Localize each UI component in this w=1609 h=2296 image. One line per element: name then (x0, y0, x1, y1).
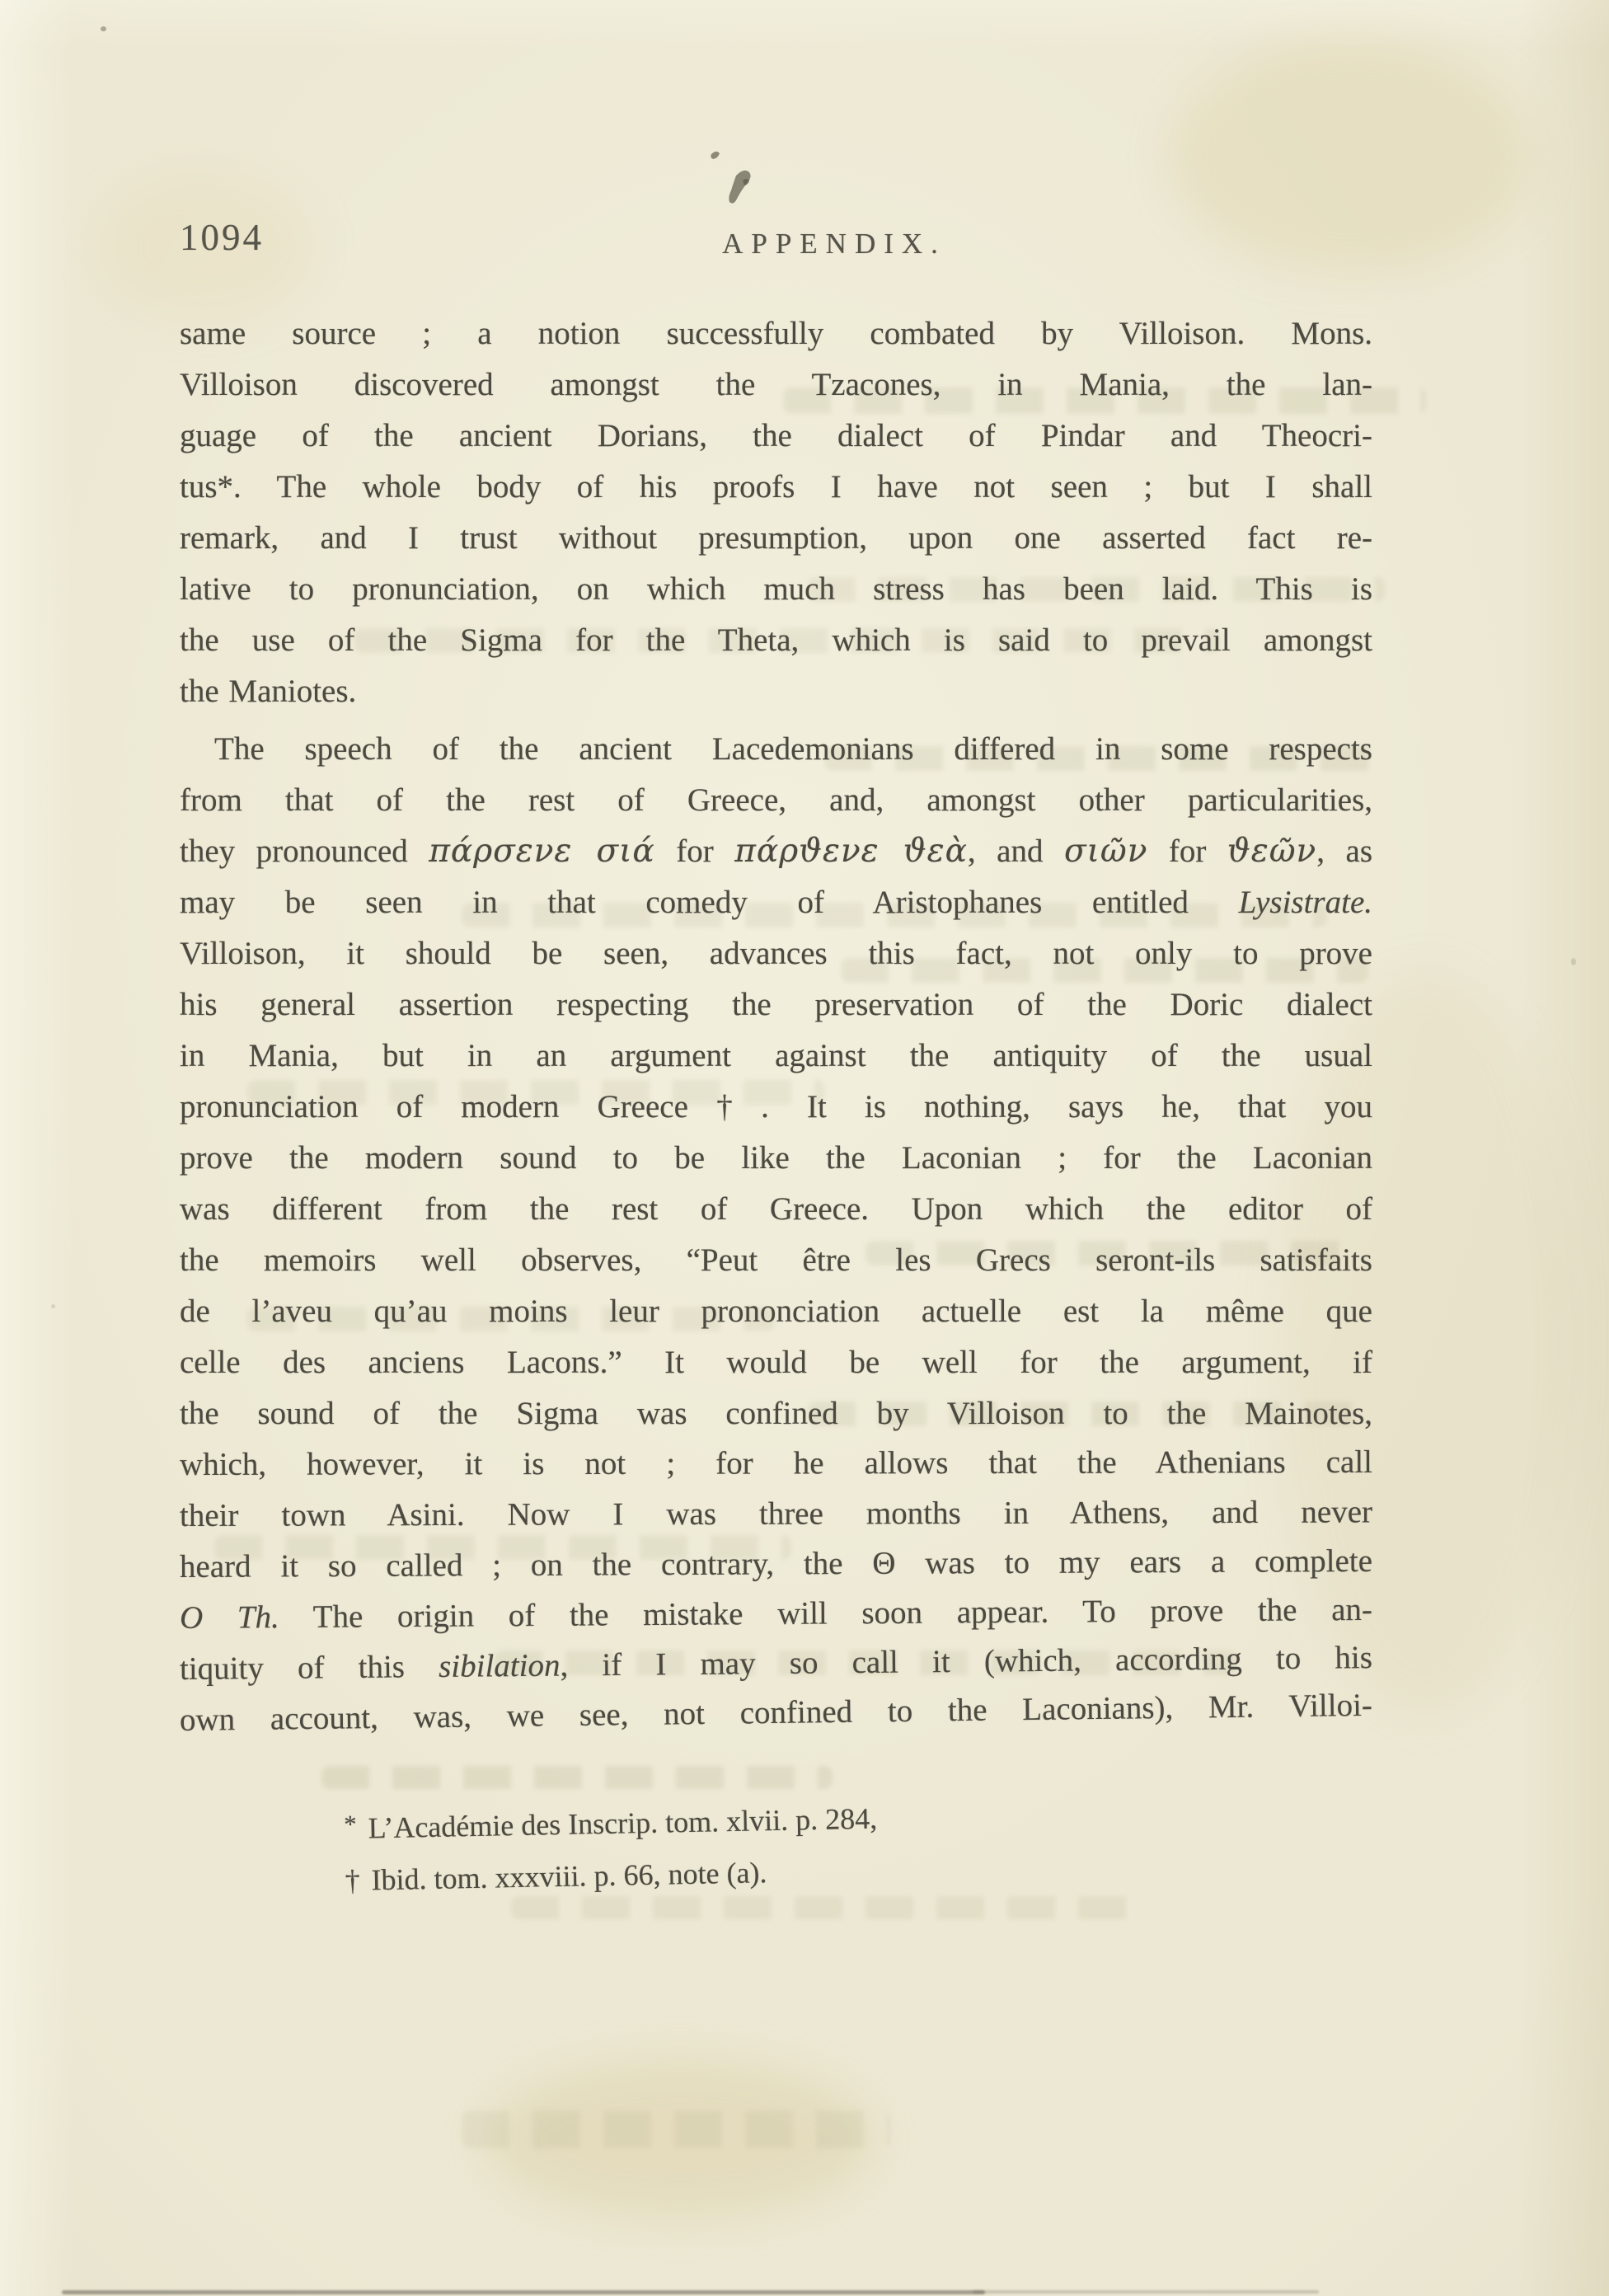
ink-smudge (688, 144, 779, 214)
text-run: from that of the rest of Greece, and, am… (180, 782, 1372, 818)
text-line: prove the modern sound to be like the La… (180, 1133, 1372, 1184)
text-run: de l’aveu qu’au moins leur prononciation… (180, 1294, 1372, 1329)
italic-text: Lysistrate. (1239, 885, 1372, 920)
text-run: , as (1316, 833, 1372, 869)
footnote-text: L’Académie des Inscrip. tom. xlvii. p. 2… (368, 1802, 877, 1845)
paper-fleck (51, 1304, 55, 1308)
text-run: own account, was, we see, not confined t… (180, 1688, 1372, 1738)
greek-text: ϑεῶν (1227, 833, 1316, 870)
text-run: pronunciation of modern Greece†. It is n… (180, 1089, 1372, 1125)
paragraph: The speech of the ancient Lacedemonians … (180, 724, 1372, 1746)
page-bottom-edge (62, 2290, 985, 2294)
text-line: same source ; a notion successfully comb… (180, 308, 1372, 359)
text-run: the Maniotes. (180, 674, 356, 709)
greek-text: πάρσενε σιά (429, 833, 655, 870)
paragraph: same source ; a notion successfully comb… (180, 308, 1372, 717)
text-run: the use of the Sigma for the Theta, whic… (180, 622, 1372, 658)
text-run: , if I may so call it (which, according … (560, 1640, 1372, 1683)
text-line: Villoison, it should be seen, advances t… (180, 928, 1372, 979)
text-run: the memoirs well observes, “Peut être le… (180, 1242, 1372, 1278)
footnotes: *L’Académie des Inscrip. tom. xlvii. p. … (344, 1790, 1087, 1906)
paper-stain (486, 2061, 874, 2218)
text-run: prove the modern sound to be like the La… (180, 1140, 1372, 1176)
text-run: same source ; a notion successfully comb… (180, 316, 1372, 351)
text-line: de l’aveu qu’au moins leur prononciation… (180, 1286, 1372, 1337)
paper-fleck (101, 26, 106, 31)
text-line: their town Asini. Now I was three months… (180, 1486, 1372, 1542)
text-run: tiquity of this (180, 1649, 439, 1687)
page-bottom-edge (973, 2290, 1319, 2294)
text-run: was different from the rest of Greece. U… (180, 1191, 1372, 1227)
paper-fleck (1571, 958, 1576, 965)
text-line: lative to pronunciation, on which much s… (180, 564, 1372, 615)
text-run: which, however, it is not ; for he allow… (180, 1444, 1372, 1482)
text-run: their town Asini. Now I was three months… (180, 1494, 1372, 1533)
text-run: for (655, 833, 735, 869)
text-line: the use of the Sigma for the Theta, whic… (180, 615, 1372, 666)
show-through-ghost (321, 1766, 833, 1789)
text-run: his general assertion respecting the pre… (180, 987, 1372, 1022)
text-line: The speech of the ancient Lacedemonians … (180, 724, 1372, 775)
show-through-ghost (462, 2111, 890, 2148)
text-run: may be seen in that comedy of Aristophan… (180, 885, 1239, 920)
text-line: guage of the ancient Dorians, the dialec… (180, 411, 1372, 462)
text-run: The origin of the mistake will soon appe… (279, 1592, 1373, 1635)
text-line: his general assertion respecting the pre… (180, 979, 1372, 1031)
text-run: in Mania, but in an argument against the… (180, 1038, 1372, 1073)
body-text: same source ; a notion successfully comb… (180, 308, 1372, 1746)
text-run: Villoison discovered amongst the Tzacone… (180, 367, 1372, 402)
text-line: they pronounced πάρσενε σιά for πάρϑενε … (180, 826, 1372, 877)
text-run: celle des anciens Lacons.” It would be w… (180, 1345, 1372, 1380)
text-line: tus*. The whole body of his proofs I hav… (180, 462, 1372, 513)
text-line: from that of the rest of Greece, and, am… (180, 775, 1372, 826)
text-run: tus*. The whole body of his proofs I hav… (180, 469, 1372, 505)
footnote-text: Ibid. tom. xxxviii. p. 66, note (a). (371, 1856, 767, 1896)
text-line: remark, and I trust without presumption,… (180, 513, 1372, 564)
text-run: for (1147, 833, 1227, 869)
text-run: heard it so called ; on the contrary, th… (180, 1543, 1372, 1585)
text-line: pronunciation of modern Greece†. It is n… (180, 1082, 1372, 1133)
text-run: The speech of the ancient Lacedemonians … (214, 731, 1372, 767)
text-run: they pronounced (180, 833, 429, 869)
text-line: may be seen in that comedy of Aristophan… (180, 877, 1372, 928)
text-line: celle des anciens Lacons.” It would be w… (180, 1337, 1372, 1388)
footnote-marker: * (344, 1800, 357, 1850)
page-number: 1094 (180, 216, 264, 259)
running-head: APPENDIX. (722, 228, 946, 261)
greek-text: πάρϑενε ϑεὰ (734, 833, 968, 870)
text-line: Villoison discovered amongst the Tzacone… (180, 359, 1372, 411)
text-line: was different from the rest of Greece. U… (180, 1184, 1372, 1235)
text-line: which, however, it is not ; for he allow… (180, 1437, 1372, 1491)
italic-text: sibilation (439, 1648, 561, 1684)
footnote-marker: † (345, 1856, 360, 1906)
text-line: the Maniotes. (180, 666, 1372, 717)
text-run: guage of the ancient Dorians, the dialec… (180, 418, 1372, 453)
greek-text: σιῶν (1064, 833, 1147, 870)
italic-text: O Th. (180, 1599, 279, 1636)
text-line: the sound of the Sigma was confined by V… (180, 1388, 1372, 1439)
text-run: lative to pronunciation, on which much s… (180, 571, 1372, 607)
text-line: heard it so called ; on the contrary, th… (180, 1536, 1372, 1593)
paper-stain (1170, 41, 1533, 272)
scanned-page: 1094 APPENDIX. same source ; a notion su… (0, 0, 1609, 2296)
text-run: remark, and I trust without presumption,… (180, 520, 1372, 556)
text-line: the memoirs well observes, “Peut être le… (180, 1235, 1372, 1286)
text-run: , and (968, 833, 1064, 869)
text-line: in Mania, but in an argument against the… (180, 1031, 1372, 1082)
text-run: the sound of the Sigma was confined by V… (180, 1396, 1372, 1431)
text-run: Villoison, it should be seen, advances t… (180, 936, 1372, 971)
